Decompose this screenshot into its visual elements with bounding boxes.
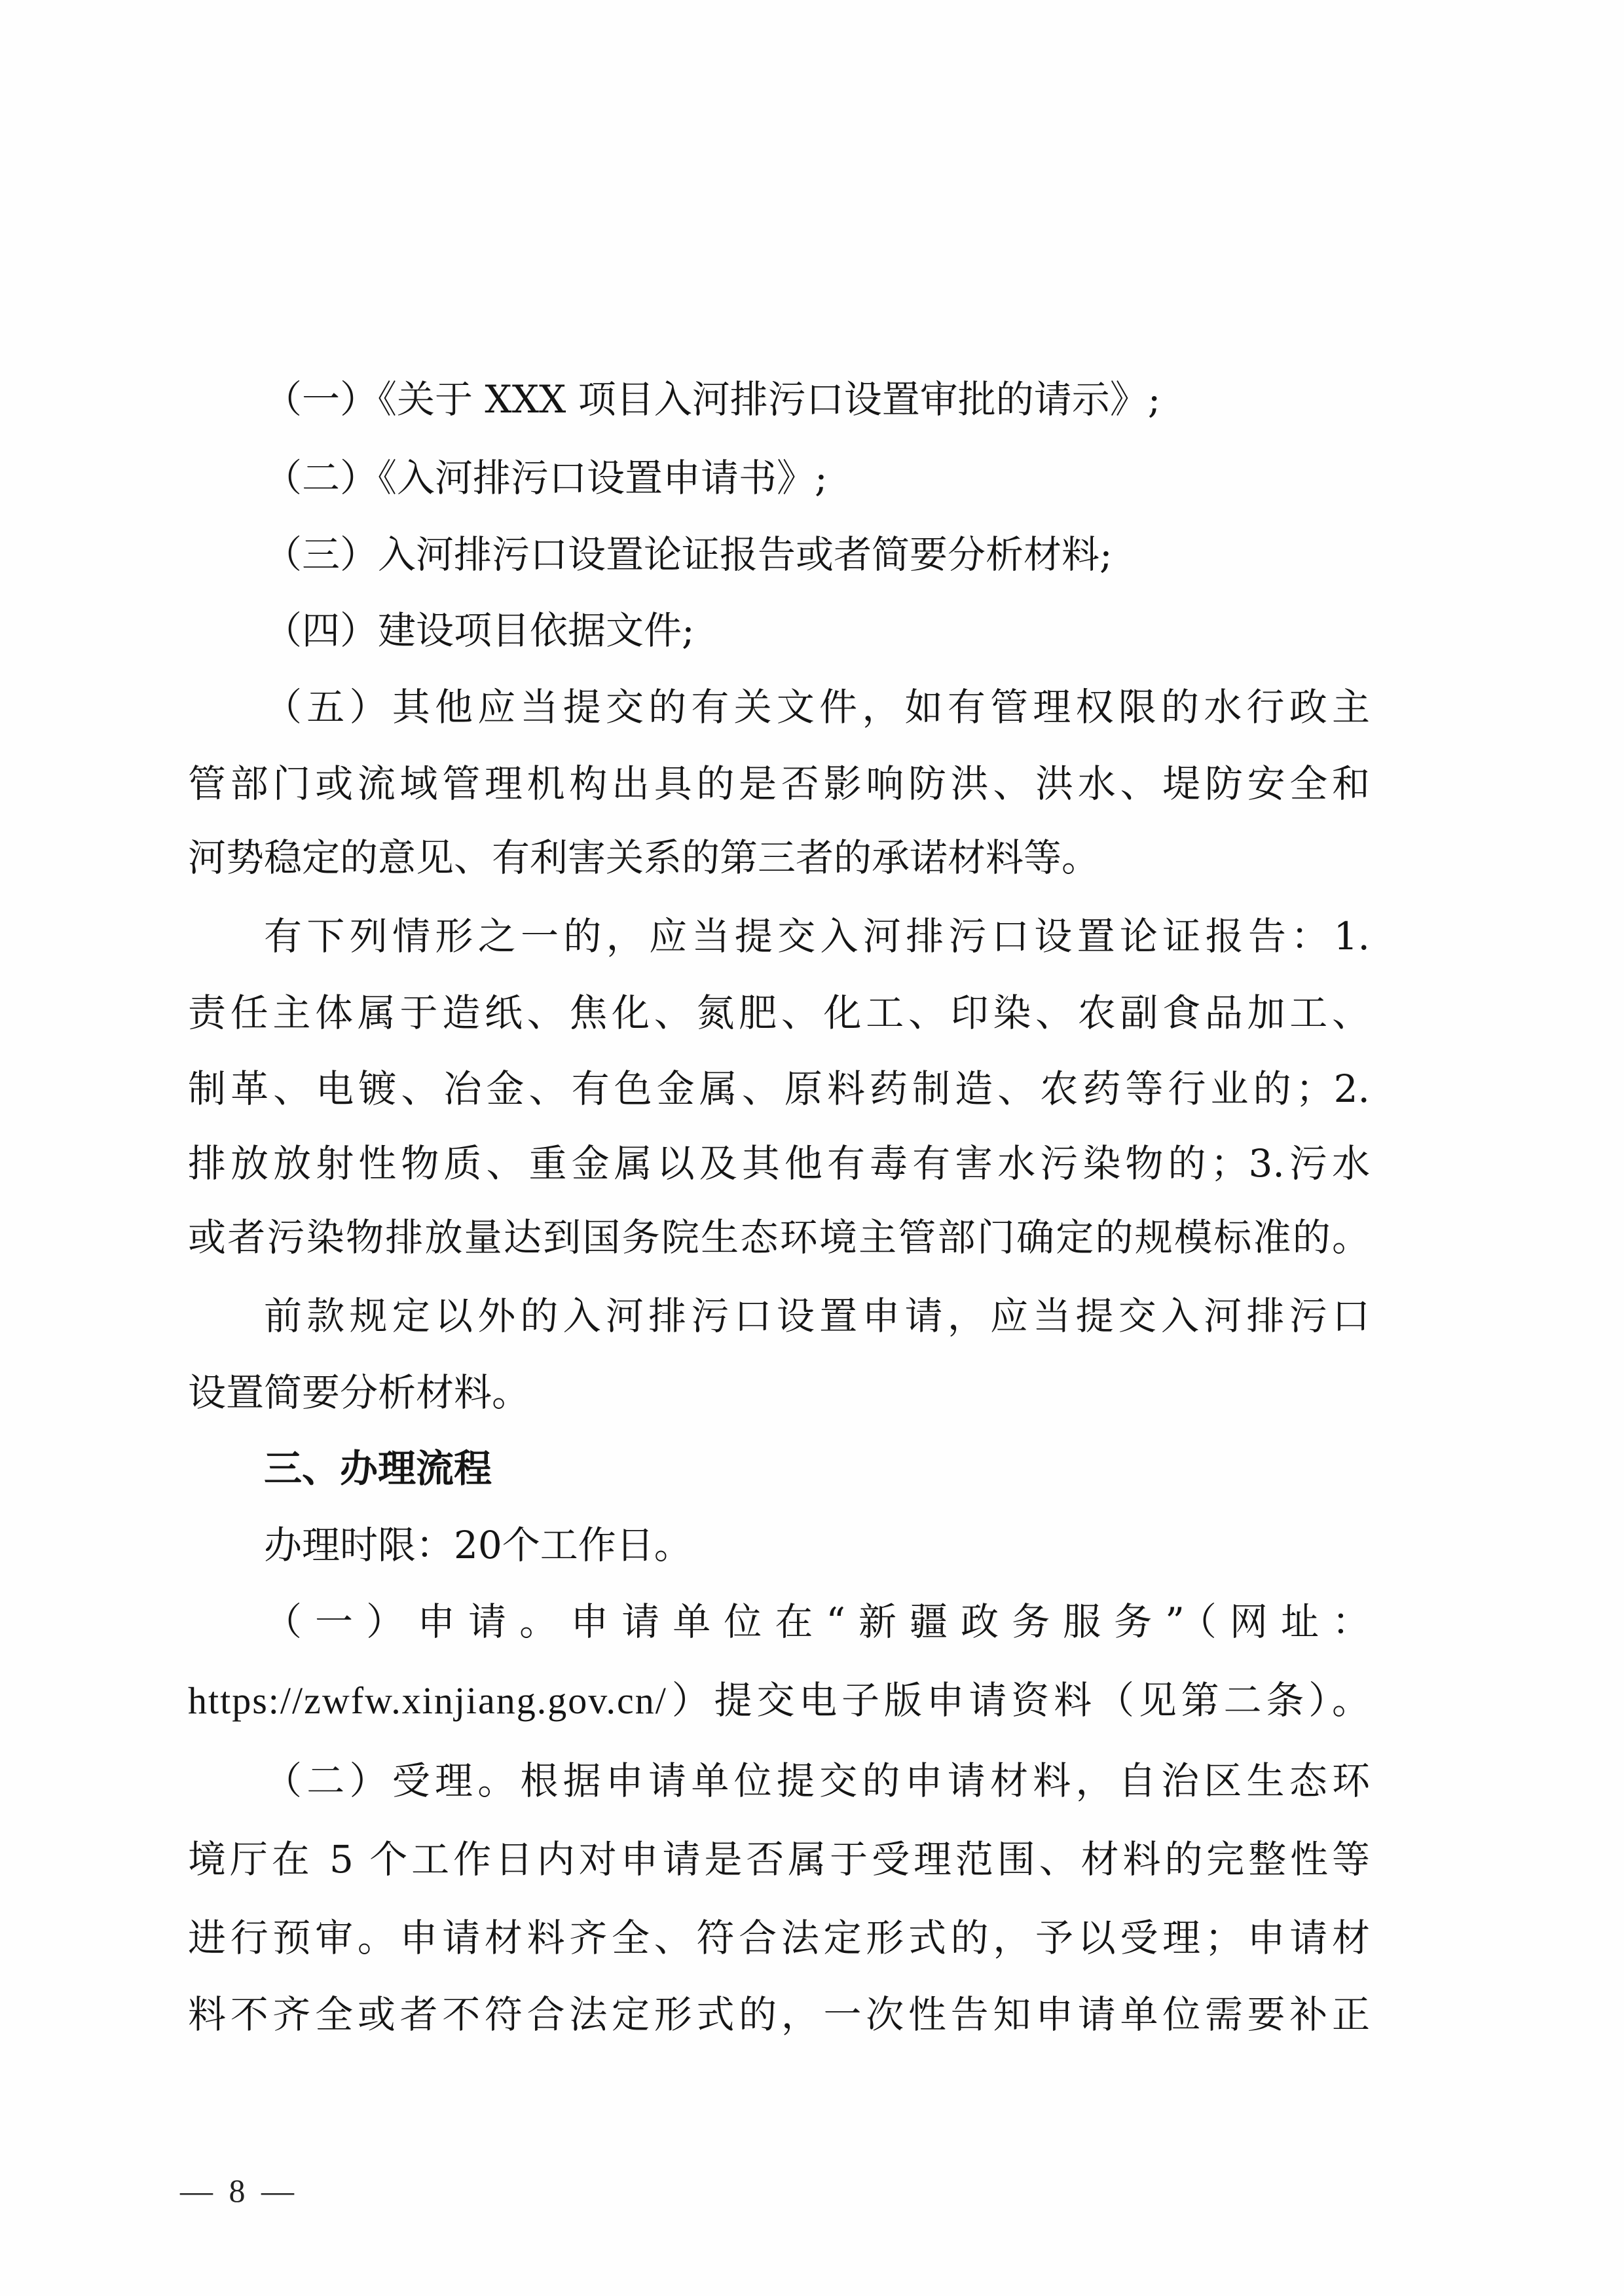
paragraph-other-applications: 前款规定以外的入河排污口设置申请，应当提交入河排污口 <box>264 1277 1370 1355</box>
paragraph-line: 或者污染物排放量达到国务院生态环境主管部门确定的规模标准的。 <box>188 1199 1370 1276</box>
list-item-other-docs: （五）其他应当提交的有关文件，如有管理权限的水行政主 <box>264 668 1370 746</box>
paragraph-line: 河势稳定的意见、有利害关系的第三者的承诺材料等。 <box>188 819 1370 896</box>
paragraph-line: 管部门或流域管理机构出具的是否影响防洪、洪水、堤防安全和 <box>188 745 1370 822</box>
list-item-project-basis-docs: （四）建设项目依据文件; <box>264 592 1370 669</box>
paragraph-line: 排放放射性物质、重金属以及其他有毒有害水污染物的；3.污水 <box>188 1125 1370 1202</box>
paragraph-line: 责任主体属于造纸、焦化、氮肥、化工、印染、农副食品加工、 <box>188 974 1370 1051</box>
processing-time: 办理时限：20个工作日。 <box>264 1506 1370 1584</box>
service-url-link[interactable]: https://zwfw.xinjiang.gov.cn/ <box>188 1679 667 1722</box>
step-acceptance: （二）受理。根据申请单位提交的申请材料，自治区生态环 <box>264 1742 1370 1819</box>
paragraph-line-url: https://zwfw.xinjiang.gov.cn/）提交电子版申请资料（… <box>188 1662 1370 1739</box>
page-number: — 8 — <box>180 2171 298 2210</box>
paragraph-line: 进行预审。申请材料齐全、符合法定形式的，予以受理；申请材 <box>188 1899 1370 1977</box>
step-application: （一）申请。申请单位在“新疆政务服务”（网址： <box>264 1583 1370 1660</box>
paragraph-line: 料不齐全或者不符合法定形式的，一次性告知申请单位需要补正 <box>188 1976 1370 2053</box>
paragraph-line: 设置简要分析材料。 <box>188 1354 1370 1431</box>
list-item-request-letter: （一）《关于 XXX 项目入河排污口设置审批的请示》; <box>264 361 1370 438</box>
url-line-tail: ）提交电子版申请资料（见第二条）。 <box>667 1678 1370 1722</box>
list-item-application-form: （二）《入河排污口设置申请书》; <box>264 439 1370 517</box>
paragraph-line: 境厅在 5 个工作日内对申请是否属于受理范围、材料的完整性等 <box>188 1821 1370 1898</box>
paragraph-line: 制革、电镀、冶金、有色金属、原料药制造、农药等行业的；2. <box>188 1050 1370 1127</box>
document-page: （一）《关于 XXX 项目入河排污口设置审批的请示》; （二）《入河排污口设置申… <box>0 0 1624 2296</box>
list-item-demonstration-report: （三）入河排污口设置论证报告或者简要分析材料; <box>264 516 1370 593</box>
section-heading: 三、办理流程 <box>264 1430 1370 1507</box>
paragraph-report-conditions: 有下列情形之一的，应当提交入河排污口设置论证报告：1. <box>264 898 1370 975</box>
